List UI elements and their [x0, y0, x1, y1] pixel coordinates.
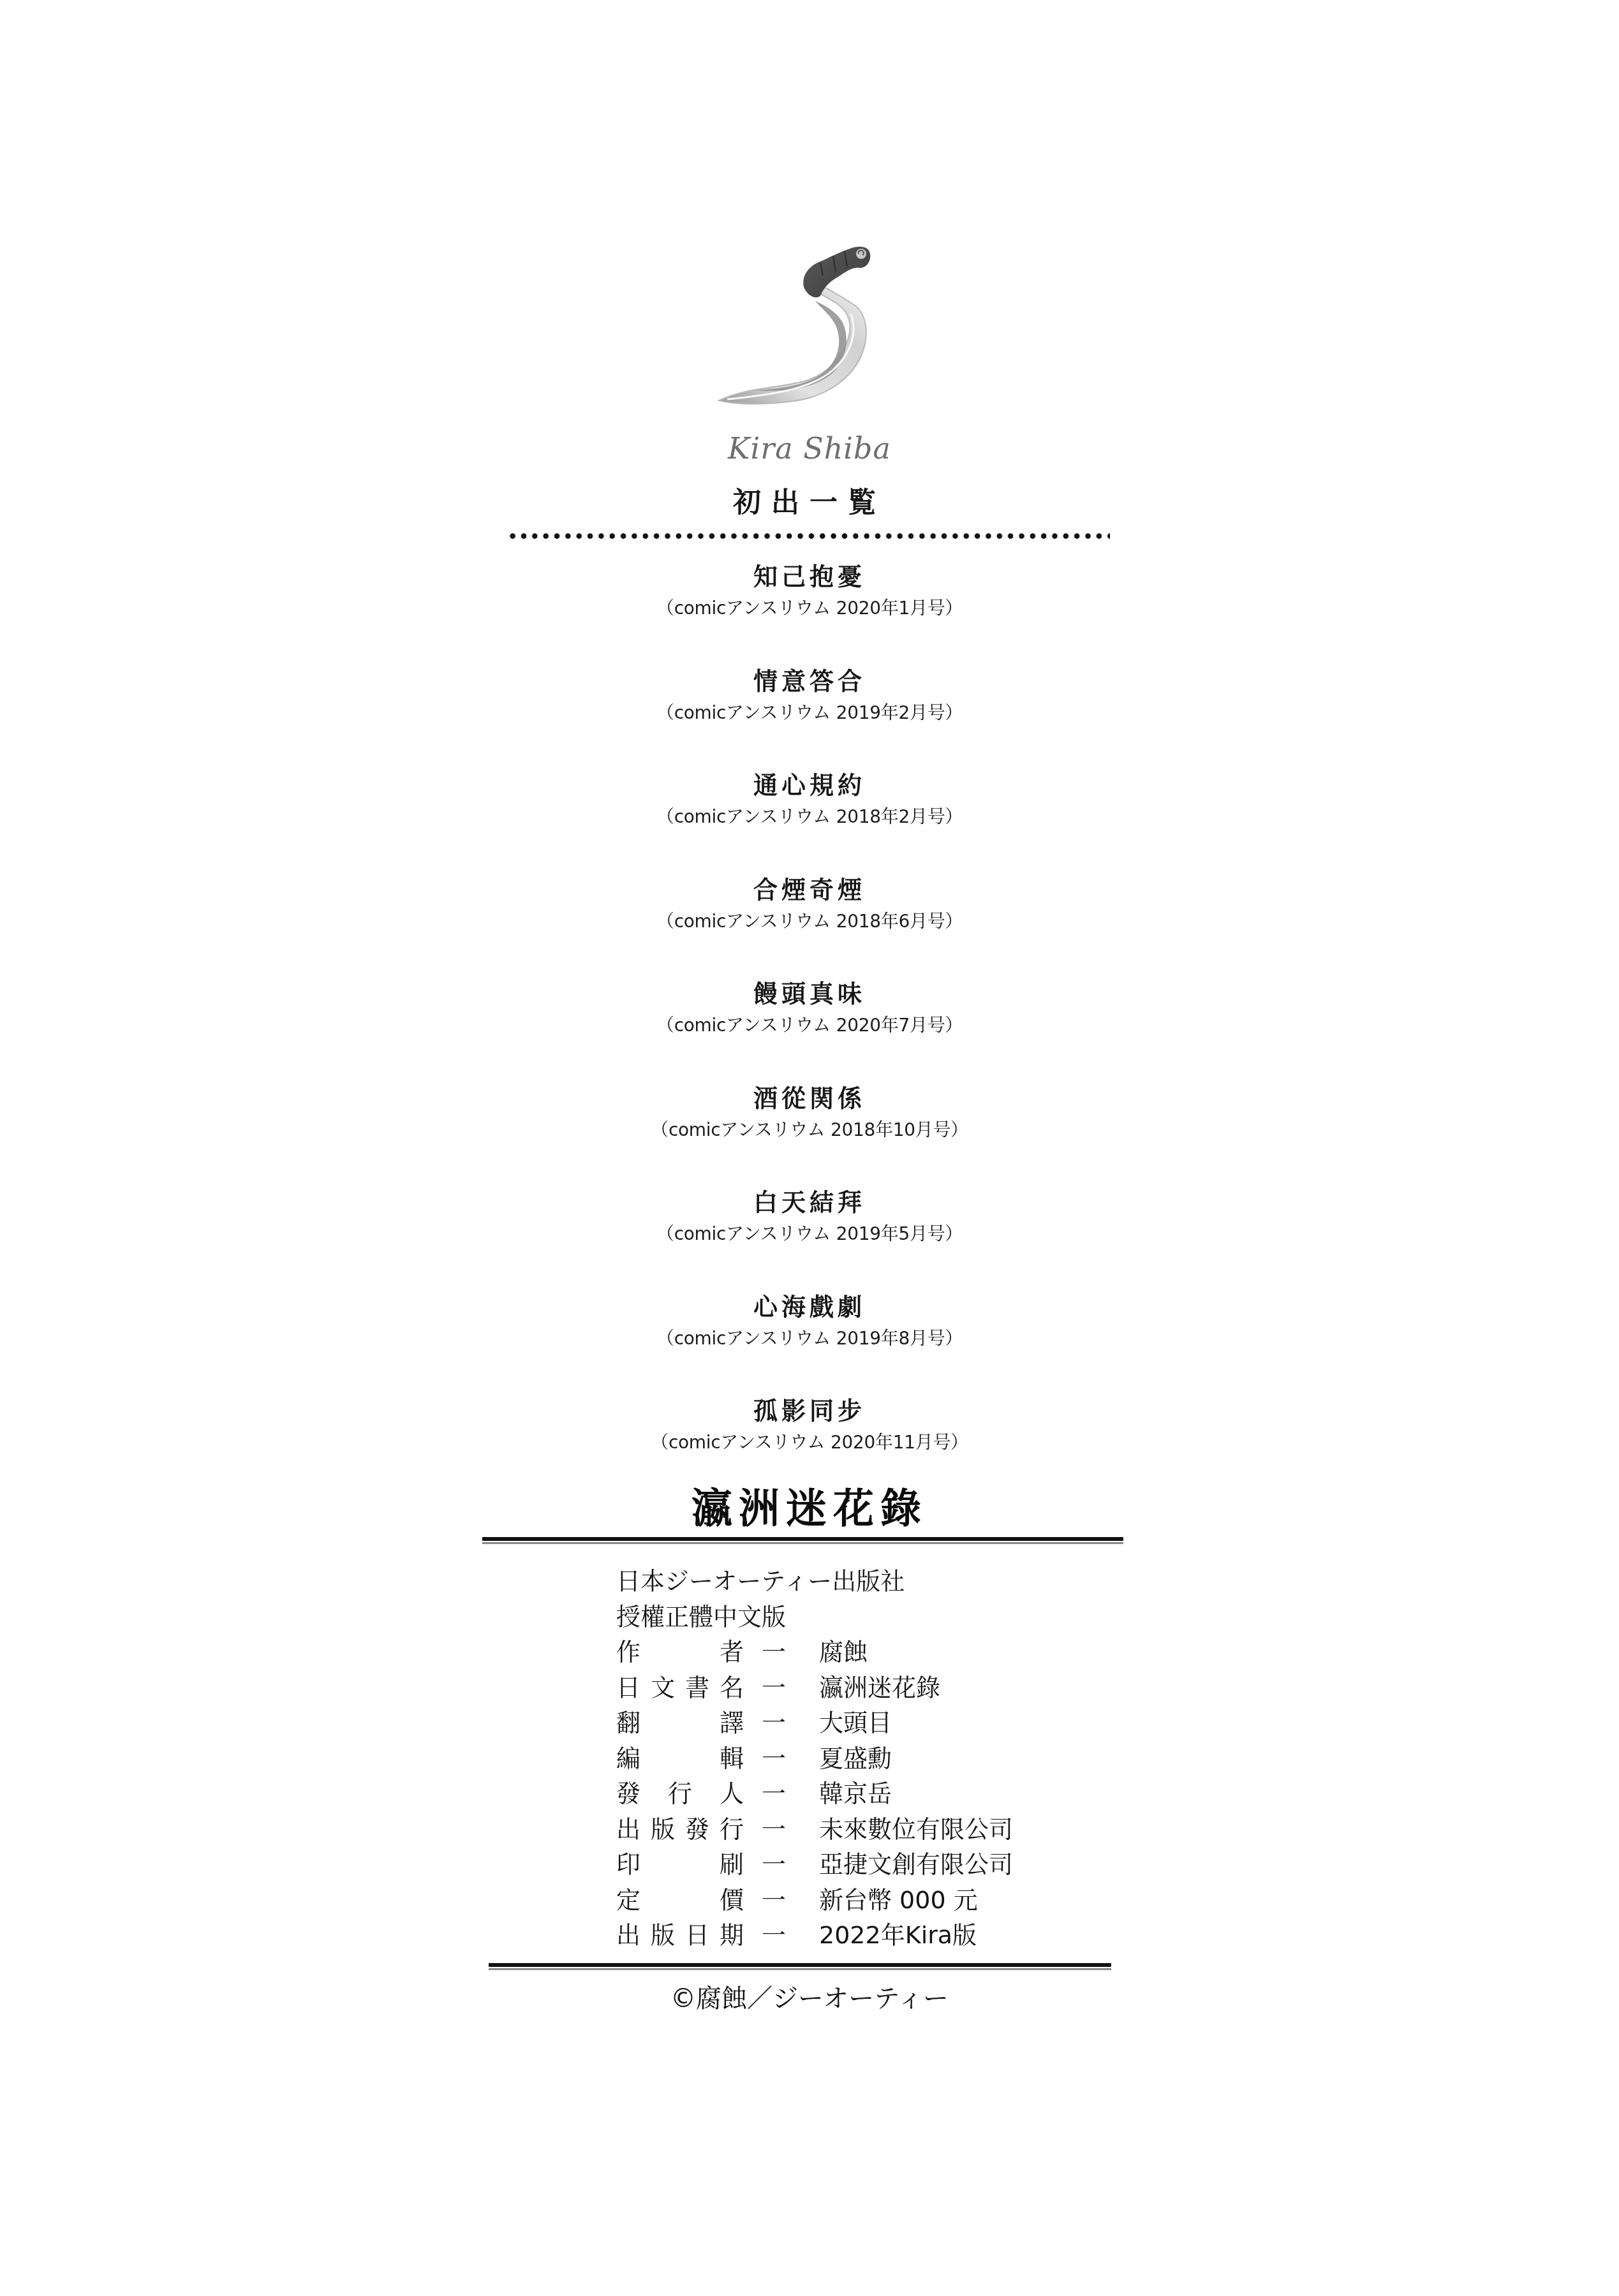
story-source: （comicアンスリウム 2018年2月号） — [0, 803, 1619, 831]
story-source: （comicアンスリウム 2018年6月号） — [0, 908, 1619, 936]
credit-value: 新台幣 000 元 — [799, 1883, 978, 1918]
book-title: 瀛洲迷花錄 — [0, 1483, 1619, 1534]
credit-label: 作者 — [616, 1635, 744, 1670]
story-title: 孤影同步 — [0, 1393, 1619, 1429]
story-source: （comicアンスリウム 2019年2月号） — [0, 699, 1619, 727]
list-item: 通心規約 （comicアンスリウム 2018年2月号） — [0, 767, 1619, 872]
credit-value: 亞捷文創有限公司 — [799, 1847, 1013, 1883]
credit-label: 出版日期 — [616, 1918, 744, 1954]
list-item: 合煙奇煙 （comicアンスリウム 2018年6月号） — [0, 872, 1619, 976]
list-item: 孤影同步 （comicアンスリウム 2020年11月号） — [0, 1393, 1619, 1498]
story-source: （comicアンスリウム 2020年11月号） — [0, 1429, 1619, 1457]
list-item: 心海戲劇 （comicアンスリウム 2019年8月号） — [0, 1289, 1619, 1394]
credit-row-publisher: 出版發行 一 未來數位有限公司 — [616, 1812, 1013, 1848]
double-rule-divider — [489, 1963, 1111, 1971]
credit-value: 2022年Kira版 — [799, 1918, 977, 1954]
credit-label: 編輯 — [616, 1741, 744, 1777]
curved-blade-logo-icon — [702, 242, 919, 421]
credit-row-issuer: 發行人 一 韓京岳 — [616, 1776, 1013, 1812]
credit-row-translator: 翻譯 一 大頭目 — [616, 1705, 1013, 1741]
story-title: 情意答合 — [0, 663, 1619, 699]
list-item: 酒從関係 （comicアンスリウム 2018年10月号） — [0, 1080, 1619, 1185]
story-title: 知己抱憂 — [0, 559, 1619, 594]
story-source: （comicアンスリウム 2019年5月号） — [0, 1220, 1619, 1248]
story-source: （comicアンスリウム 2020年7月号） — [0, 1012, 1619, 1040]
credit-row-publish-date: 出版日期 一 2022年Kira版 — [616, 1918, 1013, 1954]
credit-row-price: 定價 一 新台幣 000 元 — [616, 1883, 1013, 1918]
publication-list: 知己抱憂 （comicアンスリウム 2020年1月号） 情意答合 （comicア… — [0, 559, 1619, 1498]
credit-dash: 一 — [744, 1918, 799, 1954]
credit-dash: 一 — [744, 1670, 799, 1706]
credit-row-author: 作者 一 腐蝕 — [616, 1635, 1013, 1670]
story-title: 酒從関係 — [0, 1080, 1619, 1116]
story-title: 心海戲劇 — [0, 1289, 1619, 1325]
credit-value: 韓京岳 — [799, 1776, 892, 1812]
credit-label: 印刷 — [616, 1847, 744, 1883]
story-title: 通心規約 — [0, 767, 1619, 803]
copyright-notice: ©腐蝕／ジーオーティー — [0, 1981, 1619, 2017]
credit-dash: 一 — [744, 1741, 799, 1777]
credit-value: 腐蝕 — [799, 1635, 868, 1670]
credit-label: 定價 — [616, 1883, 744, 1918]
credit-row-japanese-title: 日文書名 一 瀛洲迷花錄 — [616, 1670, 1013, 1706]
story-source: （comicアンスリウム 2019年8月号） — [0, 1325, 1619, 1353]
license-line: 授權正體中文版 — [616, 1600, 1013, 1635]
credit-dash: 一 — [744, 1883, 799, 1918]
credit-row-editor: 編輯 一 夏盛勳 — [616, 1741, 1013, 1777]
credit-value: 未來數位有限公司 — [799, 1812, 1013, 1848]
dotted-divider — [507, 533, 1110, 539]
credit-dash: 一 — [744, 1776, 799, 1812]
colophon: 日本ジーオーティー出版社 授權正體中文版 作者 一 腐蝕 日文書名 一 瀛洲迷花… — [616, 1564, 1013, 1954]
credit-label: 發行人 — [616, 1776, 744, 1812]
story-title: 合煙奇煙 — [0, 872, 1619, 908]
credit-dash: 一 — [744, 1635, 799, 1670]
list-item: 知己抱憂 （comicアンスリウム 2020年1月号） — [0, 559, 1619, 663]
author-signature: Kira Shiba — [0, 431, 1619, 466]
credit-label: 日文書名 — [616, 1670, 744, 1706]
credit-dash: 一 — [744, 1847, 799, 1883]
credit-dash: 一 — [744, 1705, 799, 1741]
story-title: 饅頭真味 — [0, 976, 1619, 1012]
story-source: （comicアンスリウム 2020年1月号） — [0, 594, 1619, 622]
story-title: 白天結拜 — [0, 1184, 1619, 1220]
story-source: （comicアンスリウム 2018年10月号） — [0, 1116, 1619, 1144]
double-rule-divider — [482, 1537, 1123, 1545]
list-item: 饅頭真味 （comicアンスリウム 2020年7月号） — [0, 976, 1619, 1080]
credit-value: 夏盛勳 — [799, 1741, 892, 1777]
section-title-first-appearances: 初出一覧 — [0, 480, 1619, 520]
credit-label: 翻譯 — [616, 1705, 744, 1741]
credit-value: 瀛洲迷花錄 — [799, 1670, 940, 1706]
credit-dash: 一 — [744, 1812, 799, 1848]
credit-label: 出版發行 — [616, 1812, 744, 1848]
credit-value: 大頭目 — [799, 1705, 892, 1741]
publisher-line: 日本ジーオーティー出版社 — [616, 1564, 1013, 1600]
list-item: 白天結拜 （comicアンスリウム 2019年5月号） — [0, 1184, 1619, 1289]
credit-row-printer: 印刷 一 亞捷文創有限公司 — [616, 1847, 1013, 1883]
list-item: 情意答合 （comicアンスリウム 2019年2月号） — [0, 663, 1619, 768]
